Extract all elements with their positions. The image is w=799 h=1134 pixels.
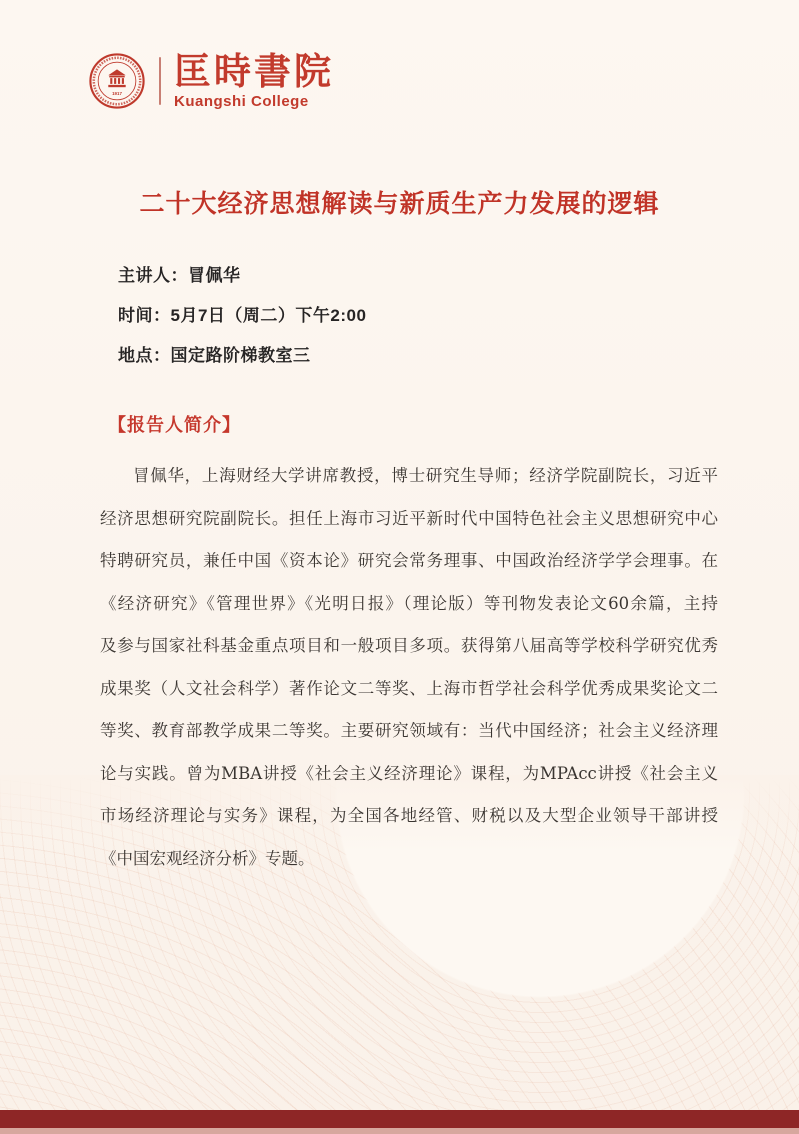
bio-line: 及参与国家社科基金重点项目和一般项目多项。获得第八届高等学校科学研究优秀 [100, 625, 718, 668]
speaker-label: 主讲人： [118, 266, 188, 285]
bio-line: 等奖、教育部教学成果二等奖。主要研究领域有：当代中国经济；社会主义经济理 [100, 710, 718, 753]
lecture-title: 二十大经济思想解读与新质生产力发展的逻辑 [0, 184, 799, 220]
speaker-bio-paragraph: 冒佩华，上海财经大学讲席教授，博士研究生导师；经济学院副院长，习近平 经济思想研… [100, 455, 718, 880]
footer-accent-bar [0, 1110, 799, 1128]
seal-building-glyph [108, 69, 125, 87]
footer-bottom-strip [0, 1128, 799, 1134]
seal-year: 1917 [112, 91, 122, 96]
location-value: 国定路阶梯教室三 [171, 346, 311, 365]
university-seal-icon: 1917 [88, 52, 146, 110]
poster-page: 1917 匡時書院 Kuangshi College 二十大经济思想解读与新质生… [0, 0, 799, 1134]
speaker-line: 主讲人：冒佩华 [118, 266, 366, 285]
bio-line: 冒佩华，上海财经大学讲席教授，博士研究生导师；经济学院副院长，习近平 [100, 455, 718, 498]
bio-line: 《经济研究》《管理世界》《光明日报》（理论版）等刊物发表论文60余篇，主持 [100, 583, 718, 626]
bio-line: 特聘研究员，兼任中国《资本论》研究会常务理事、中国政治经济学学会理事。在 [100, 540, 718, 583]
speaker-name: 冒佩华 [188, 266, 241, 285]
brand-text: 匡時書院 Kuangshi College [174, 53, 334, 109]
college-name-english: Kuangshi College [174, 94, 334, 109]
bio-line: 成果奖（人文社会科学）著作论文二等奖、上海市哲学社会科学优秀成果奖论文二 [100, 668, 718, 711]
college-wordmark: 匡時書院 [174, 53, 334, 90]
speaker-bio-heading: 【报告人简介】 [108, 411, 241, 437]
bio-line: 市场经济理论与实务》课程，为全国各地经管、财税以及大型企业领导干部讲授 [100, 795, 718, 838]
location-label: 地点： [118, 346, 171, 365]
time-label: 时间： [118, 306, 171, 325]
bio-line: 《中国宏观经济分析》专题。 [100, 838, 718, 881]
bio-line: 论与实践。曾为MBA讲授《社会主义经济理论》课程，为MPAcc讲授《社会主义 [100, 753, 718, 796]
bio-line: 经济思想研究院副院长。担任上海市习近平新时代中国特色社会主义思想研究中心 [100, 498, 718, 541]
time-value: 5月7日（周二）下午2:00 [171, 306, 367, 325]
lecture-info: 主讲人：冒佩华 时间：5月7日（周二）下午2:00 地点：国定路阶梯教室三 [118, 266, 366, 386]
time-line: 时间：5月7日（周二）下午2:00 [118, 306, 366, 325]
brand-header: 1917 匡時書院 Kuangshi College [88, 52, 334, 110]
brand-divider [159, 57, 161, 105]
location-line: 地点：国定路阶梯教室三 [118, 346, 366, 365]
